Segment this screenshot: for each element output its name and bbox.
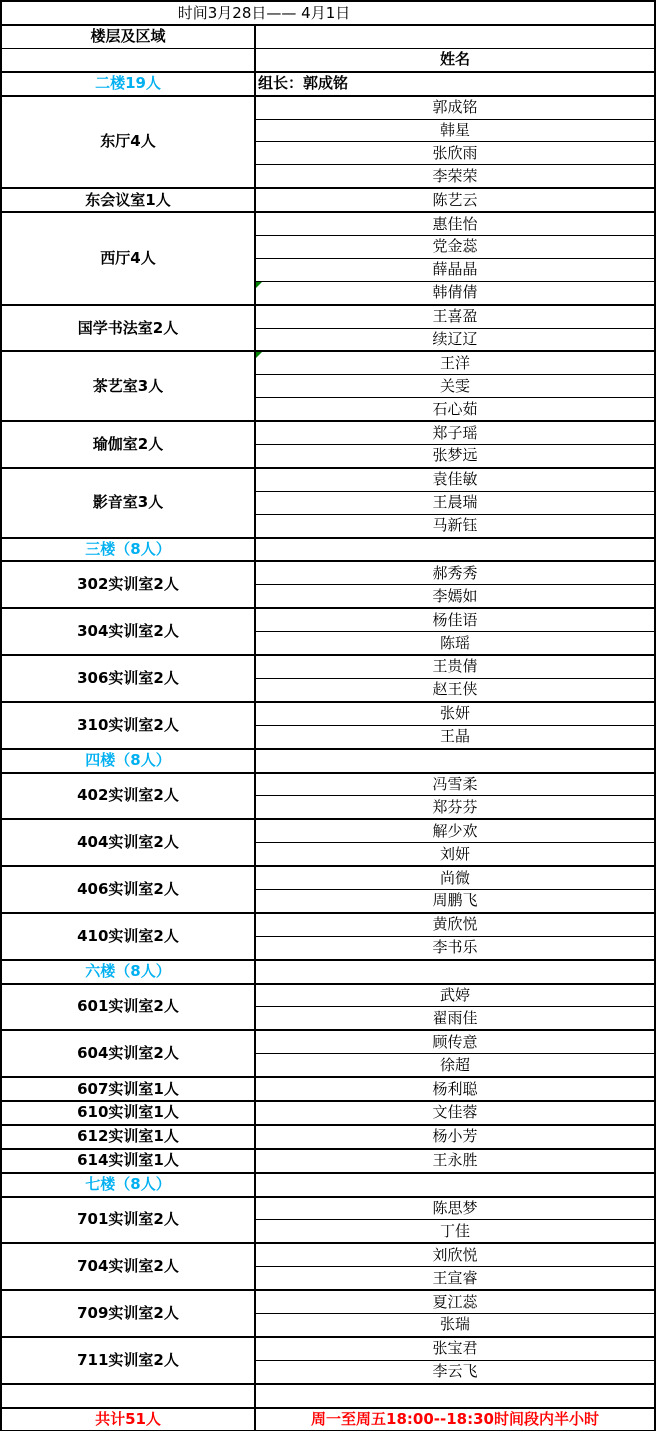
room-area-cell[interactable]: 704实训室2人	[1, 1243, 255, 1290]
room-area-cell[interactable]: 310实训室2人	[1, 702, 255, 749]
room-area-cell[interactable]: 茶艺室3人	[1, 351, 255, 421]
name-cell[interactable]: 王晶	[255, 725, 655, 748]
area-empty-cell[interactable]	[1, 48, 255, 71]
room-area-cell[interactable]: 410实训室2人	[1, 913, 255, 960]
roster-row: 404实训室2人解少欢	[1, 819, 655, 842]
room-area-cell[interactable]: 国学书法室2人	[1, 305, 255, 352]
name-cell[interactable]: 刘妍	[255, 843, 655, 866]
room-area-cell[interactable]: 影音室3人	[1, 468, 255, 538]
roster-row: 影音室3人袁佳敏	[1, 468, 655, 491]
name-cell[interactable]: 王宣睿	[255, 1267, 655, 1290]
roster-row: 410实训室2人黄欣悦	[1, 913, 655, 936]
floor-section-row: 六楼（8人）	[1, 960, 655, 984]
name-cell[interactable]: 石心茹	[255, 398, 655, 421]
header-row-area: 楼层及区域	[1, 25, 655, 48]
name-cell[interactable]: 郑芬芬	[255, 796, 655, 819]
roster-row: 瑜伽室2人郑子瑶	[1, 421, 655, 444]
roster-row: 604实训室2人顾传意	[1, 1030, 655, 1053]
name-cell[interactable]: 关雯	[255, 375, 655, 398]
roster-row: 402实训室2人冯雪柔	[1, 773, 655, 796]
roster-row: 601实训室2人武婷	[1, 984, 655, 1007]
name-cell[interactable]: 韩星	[255, 119, 655, 142]
name-cell[interactable]: 周鹏飞	[255, 889, 655, 912]
name-cell[interactable]: 王洋	[255, 351, 655, 374]
name-cell[interactable]: 翟雨佳	[255, 1007, 655, 1030]
room-area-cell[interactable]: 406实训室2人	[1, 866, 255, 913]
total-count-cell[interactable]: 共计51人	[1, 1408, 255, 1431]
roster-row: 国学书法室2人王喜盈	[1, 305, 655, 328]
name-cell[interactable]: 李云飞	[255, 1360, 655, 1383]
roster-row: 709实训室2人夏江蕊	[1, 1290, 655, 1313]
name-cell[interactable]: 张妍	[255, 702, 655, 725]
name-cell[interactable]: 李嫣如	[255, 585, 655, 608]
name-column-header[interactable]: 姓名	[255, 48, 655, 71]
empty-row	[1, 1384, 655, 1408]
name-cell[interactable]: 李荣荣	[255, 165, 655, 188]
room-area-cell[interactable]: 瑜伽室2人	[1, 421, 255, 468]
roster-row: 茶艺室3人王洋	[1, 351, 655, 374]
empty-name-cell[interactable]	[255, 1384, 655, 1408]
roster-row: 607实训室1人杨利聪	[1, 1077, 655, 1101]
room-area-cell[interactable]: 东会议室1人	[1, 188, 255, 212]
room-area-cell[interactable]: 302实训室2人	[1, 561, 255, 608]
name-cell[interactable]: 文佳蓉	[255, 1101, 655, 1125]
group-leader-cell[interactable]: 组长：郭成铭	[255, 72, 655, 96]
roster-row: 东厅4人郭成铭	[1, 96, 655, 119]
name-cell[interactable]: 张瑞	[255, 1313, 655, 1336]
room-area-cell[interactable]: 711实训室2人	[1, 1337, 255, 1384]
name-cell[interactable]: 王晨瑞	[255, 491, 655, 514]
section-empty-cell[interactable]	[255, 538, 655, 562]
name-cell[interactable]: 赵王侠	[255, 678, 655, 701]
name-cell[interactable]: 王永胜	[255, 1149, 655, 1173]
name-cell[interactable]: 惠佳怡	[255, 212, 655, 235]
roster-row: 西厅4人惠佳怡	[1, 212, 655, 235]
room-area-cell[interactable]: 西厅4人	[1, 212, 255, 305]
name-cell[interactable]: 郭成铭	[255, 96, 655, 119]
roster-row: 406实训室2人尚微	[1, 866, 655, 889]
roster-row: 304实训室2人杨佳语	[1, 608, 655, 631]
room-area-cell[interactable]: 709实训室2人	[1, 1290, 255, 1337]
name-cell[interactable]: 薛晶晶	[255, 258, 655, 281]
empty-area-cell[interactable]	[1, 1384, 255, 1408]
section-empty-cell[interactable]	[255, 1173, 655, 1197]
room-area-cell[interactable]: 404实训室2人	[1, 819, 255, 866]
roster-row: 704实训室2人刘欣悦	[1, 1243, 655, 1266]
name-cell[interactable]: 尚微	[255, 866, 655, 889]
floor-section-row: 七楼（8人）	[1, 1173, 655, 1197]
room-area-cell[interactable]: 601实训室2人	[1, 984, 255, 1031]
page-title: 时间3月28日—— 4月1日	[4, 6, 524, 21]
room-area-cell[interactable]: 612实训室1人	[1, 1125, 255, 1149]
floor-section-cell[interactable]: 六楼（8人）	[1, 960, 255, 984]
name-cell[interactable]: 王贵倩	[255, 655, 655, 678]
name-cell[interactable]: 郝秀秀	[255, 561, 655, 584]
room-area-cell[interactable]: 306实训室2人	[1, 655, 255, 702]
name-cell[interactable]: 王喜盈	[255, 305, 655, 328]
cell-error-marker-icon	[256, 282, 262, 288]
cell-error-marker-icon	[256, 352, 262, 358]
roster-row: 306实训室2人王贵倩	[1, 655, 655, 678]
header-empty-cell[interactable]	[255, 25, 655, 48]
section-empty-cell[interactable]	[255, 749, 655, 773]
name-cell[interactable]: 杨佳语	[255, 608, 655, 631]
floor-section-row: 四楼（8人）	[1, 749, 655, 773]
name-cell[interactable]: 黄欣悦	[255, 913, 655, 936]
name-cell[interactable]: 杨利聪	[255, 1077, 655, 1101]
name-cell[interactable]: 冯雪柔	[255, 773, 655, 796]
name-cell[interactable]: 张宝君	[255, 1337, 655, 1360]
roster-row: 711实训室2人张宝君	[1, 1337, 655, 1360]
name-cell[interactable]: 陈瑶	[255, 632, 655, 655]
room-area-cell[interactable]: 402实训室2人	[1, 773, 255, 820]
name-cell[interactable]: 丁佳	[255, 1220, 655, 1243]
name-cell[interactable]: 夏江蕊	[255, 1290, 655, 1313]
roster-row: 614实训室1人王永胜	[1, 1149, 655, 1173]
name-cell[interactable]: 党金蕊	[255, 236, 655, 259]
room-area-cell[interactable]: 604实训室2人	[1, 1030, 255, 1077]
name-cell[interactable]: 徐超	[255, 1054, 655, 1077]
name-cell[interactable]: 李书乐	[255, 936, 655, 959]
room-area-cell[interactable]: 304实训室2人	[1, 608, 255, 655]
name-cell[interactable]: 马新钰	[255, 514, 655, 537]
section-empty-cell[interactable]	[255, 960, 655, 984]
room-area-cell[interactable]: 东厅4人	[1, 96, 255, 189]
table-title-cell[interactable]: 时间3月28日—— 4月1日	[1, 1, 655, 25]
header-row-name: 姓名	[1, 48, 655, 71]
name-cell[interactable]: 武婷	[255, 984, 655, 1007]
name-cell[interactable]: 郑子瑶	[255, 421, 655, 444]
title-row: 时间3月28日—— 4月1日	[1, 1, 655, 25]
room-area-cell[interactable]: 614实训室1人	[1, 1149, 255, 1173]
name-cell[interactable]: 解少欢	[255, 819, 655, 842]
floor-section-cell[interactable]: 二楼19人	[1, 72, 255, 96]
name-cell[interactable]: 袁佳敏	[255, 468, 655, 491]
roster-row: 310实训室2人张妍	[1, 702, 655, 725]
roster-row: 东会议室1人陈艺云	[1, 188, 655, 212]
floor-section-row: 三楼（8人）	[1, 538, 655, 562]
name-cell[interactable]: 韩倩倩	[255, 281, 655, 304]
floor-section-cell[interactable]: 七楼（8人）	[1, 1173, 255, 1197]
roster-row: 612实训室1人杨小芳	[1, 1125, 655, 1149]
room-area-cell[interactable]: 610实训室1人	[1, 1101, 255, 1125]
roster-row: 302实训室2人郝秀秀	[1, 561, 655, 584]
room-area-cell[interactable]: 607实训室1人	[1, 1077, 255, 1101]
name-cell[interactable]: 张梦远	[255, 445, 655, 468]
floor-section-row: 二楼19人组长：郭成铭	[1, 72, 655, 96]
name-cell[interactable]: 顾传意	[255, 1030, 655, 1053]
name-cell[interactable]: 陈思梦	[255, 1197, 655, 1220]
floor-section-cell[interactable]: 三楼（8人）	[1, 538, 255, 562]
name-cell[interactable]: 陈艺云	[255, 188, 655, 212]
floor-section-cell[interactable]: 四楼（8人）	[1, 749, 255, 773]
name-cell[interactable]: 杨小芳	[255, 1125, 655, 1149]
duty-roster-table: 时间3月28日—— 4月1日 楼层及区域 姓名 二楼19人组长：郭成铭东厅4人郭…	[0, 0, 656, 1431]
roster-row: 610实训室1人文佳蓉	[1, 1101, 655, 1125]
name-cell[interactable]: 张欣雨	[255, 142, 655, 165]
room-area-cell[interactable]: 701实训室2人	[1, 1197, 255, 1244]
roster-row: 701实训室2人陈思梦	[1, 1197, 655, 1220]
schedule-note-cell[interactable]: 周一至周五18:00--18:30时间段内半小时	[255, 1408, 655, 1431]
name-cell[interactable]: 续辽辽	[255, 328, 655, 351]
area-column-header[interactable]: 楼层及区域	[1, 25, 255, 48]
footer-row: 共计51人周一至周五18:00--18:30时间段内半小时	[1, 1408, 655, 1431]
name-cell[interactable]: 刘欣悦	[255, 1243, 655, 1266]
